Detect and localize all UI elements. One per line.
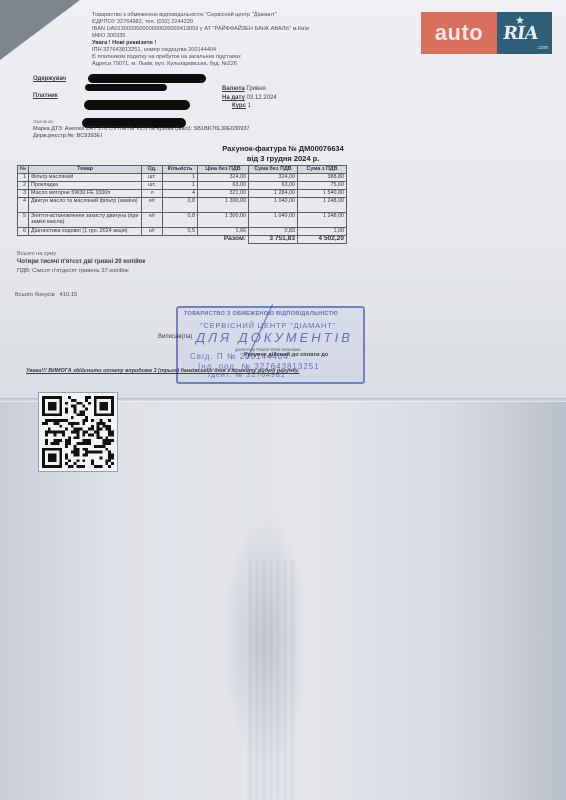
item-price: 63,00: [198, 182, 249, 190]
bonus-row: Всього бонусів 410,15: [15, 292, 77, 299]
supplier-line: IBAN UA013003350000000026003413059 у АТ …: [92, 26, 309, 33]
table-row: 2Прокладкашт.163,0063,0075,60: [18, 182, 347, 190]
item-qty: 0,5: [163, 228, 198, 236]
item-sum-vat: 1 540,80: [298, 190, 347, 198]
item-name: Масло моторне 5W30 FE 1000п: [29, 190, 142, 198]
item-qty: 0,8: [163, 213, 198, 228]
payment-warning: Увага!!! ВИМОГА здійснити оплату впродов…: [26, 368, 299, 375]
item-sum-vat: 388,80: [298, 174, 347, 182]
item-qty: 1: [163, 182, 198, 190]
item-sum-vat: 1 248,00: [298, 198, 347, 213]
item-sum: 324,00: [249, 174, 298, 182]
table-row: 1Фільтр маслянийшт.1324,00324,00388,80: [18, 174, 347, 182]
col-price: Ціна без ПДВ: [198, 166, 249, 174]
item-price: 1 300,00: [198, 213, 249, 228]
item-sum-vat: 75,60: [298, 182, 347, 190]
item-name: Діагностика ходової (1 грн. 2024 акція): [29, 228, 142, 236]
item-price: 321,00: [198, 190, 249, 198]
date-value: 03.12.2024: [247, 95, 277, 101]
row-number: 1: [18, 174, 29, 182]
vat-words: ПДВ: Сімсот п'ятдесят гривень 37 копійок: [17, 268, 129, 275]
rate-value: 1: [248, 103, 251, 109]
table-row: 5Зняття-встановлення захисту двигуна (пр…: [18, 213, 347, 228]
item-unit: л: [142, 190, 163, 198]
item-sum: 1 040,00: [249, 198, 298, 213]
bonus-label: Всього бонусів: [15, 292, 55, 298]
date-row: На дату 03.12.2024: [222, 95, 277, 102]
item-qty: 4: [163, 190, 198, 198]
table-header-row: № Товар Од. Кількість Ціна без ПДВ Сума …: [18, 166, 347, 174]
table-row: 4Двигун масло та масляний фільтр (заміна…: [18, 198, 347, 213]
rate-label: Курс: [232, 103, 246, 109]
logo-domain: .com: [537, 45, 548, 51]
invoice-date: від 3 грудня 2024 р.: [0, 154, 566, 163]
col-unit: Од.: [142, 166, 163, 174]
supplier-details: Товариство з обмеженою відповідальністю …: [92, 12, 309, 68]
total-label: Разом:: [18, 236, 249, 244]
items-table: № Товар Од. Кількість Ціна без ПДВ Сума …: [17, 165, 347, 244]
row-number: 5: [18, 213, 29, 228]
item-qty: 0,8: [163, 198, 198, 213]
col-sum-vat: Сума з ПДВ: [298, 166, 347, 174]
currency-row: Валюта Гривня: [222, 86, 266, 93]
item-sum: 1 284,00: [249, 190, 298, 198]
table-row: 6Діагностика ходової (1 грн. 2024 акція)…: [18, 228, 347, 236]
item-qty: 1: [163, 174, 198, 182]
item-price: 324,00: [198, 174, 249, 182]
total-row: Разом: 3 751,83 4 502,20: [18, 236, 347, 244]
col-no: №: [18, 166, 29, 174]
item-name: Зняття-встановлення захисту двигуна (при…: [29, 213, 142, 228]
total-words: Чотири тисячі п'ятсот дві гривні 20 копі…: [17, 259, 145, 266]
row-number: 6: [18, 228, 29, 236]
item-name: Двигун масло та масляний фільтр (заміна): [29, 198, 142, 213]
order-label: Замовник: [33, 118, 53, 125]
logo-ria: ★ RIA .com: [497, 12, 552, 54]
issued-by-label: Виписав(ла): [158, 334, 192, 341]
currency-value: Гривня: [246, 86, 265, 92]
logo-ria-text: RIA: [502, 23, 539, 44]
vehicle-reg-line: Держ.реєстр.№: BC9393EI: [33, 133, 102, 140]
item-unit: шт.: [142, 174, 163, 182]
redacted-recipient-2: [85, 84, 167, 91]
supplier-line: Адреса 79071, м. Львів, вул. Кульпарківс…: [92, 61, 309, 68]
folded-corner: [0, 0, 80, 60]
item-sum: 63,00: [249, 182, 298, 190]
row-number: 4: [18, 198, 29, 213]
qr-code: [38, 392, 118, 472]
stamp-line: ТОВАРИСТВО З ОБМЕЖЕНОЮ ВІДПОВІДАЛЬНІСТЮ: [184, 311, 338, 317]
item-unit: н/г: [142, 198, 163, 213]
logo-auto: auto: [421, 12, 497, 54]
item-price: 1 300,00: [198, 198, 249, 213]
rate-row: Курс 1: [232, 103, 251, 110]
item-unit: н/г: [142, 228, 163, 236]
recipient-label: Одержувач: [33, 76, 66, 83]
total-sum-vat: 4 502,20: [298, 236, 347, 244]
vehicle-line: Марка ДТЗ: Avensis ZRT 270 CVT/MTM V2.0 …: [33, 126, 250, 133]
item-name: Фільтр масляний: [29, 174, 142, 182]
item-sum-vat: 1 248,00: [298, 213, 347, 228]
col-qty: Кількість: [163, 166, 198, 174]
supplier-line: Є платником податку на прибуток на загал…: [92, 54, 309, 61]
currency-label: Валюта: [222, 86, 245, 92]
item-sum: 1 040,00: [249, 213, 298, 228]
qr-code-image: [42, 396, 114, 468]
redacted-payer: [84, 100, 190, 110]
row-number: 3: [18, 190, 29, 198]
total-words-label: Всього на суму: [17, 251, 56, 258]
payer-label: Платник: [33, 93, 58, 100]
paper-wrinkle: [245, 560, 295, 800]
invoice-title: Рахунок-фактура № ДМ00076634: [0, 144, 566, 153]
date-label: На дату: [222, 95, 245, 101]
item-unit: шт.: [142, 182, 163, 190]
supplier-line: ІПН 327643813251, номер свідоцтва 200144…: [92, 47, 309, 54]
redacted-recipient: [88, 74, 206, 83]
supplier-line: ЄДРПОУ 32764982, тел. (032) 2244220: [92, 19, 309, 26]
row-number: 2: [18, 182, 29, 190]
table-row: 3Масло моторне 5W30 FE 1000пл4321,001 28…: [18, 190, 347, 198]
autoria-watermark: auto ★ RIA .com: [421, 12, 552, 54]
supplier-line: МФО 300335: [92, 33, 309, 40]
supplier-line: Товариство з обмеженою відповідальністю …: [92, 12, 309, 19]
total-sum: 3 751,83: [249, 236, 298, 244]
item-name: Прокладка: [29, 182, 142, 190]
col-sum: Сума без ПДВ: [249, 166, 298, 174]
item-unit: н/г: [142, 213, 163, 228]
bonus-value: 410,15: [60, 292, 78, 298]
supplier-warning: Увага ! Нові реквізити !: [92, 40, 309, 47]
valid-until-note: Рахунок дійсний до сплати до: [244, 352, 328, 359]
col-item: Товар: [29, 166, 142, 174]
